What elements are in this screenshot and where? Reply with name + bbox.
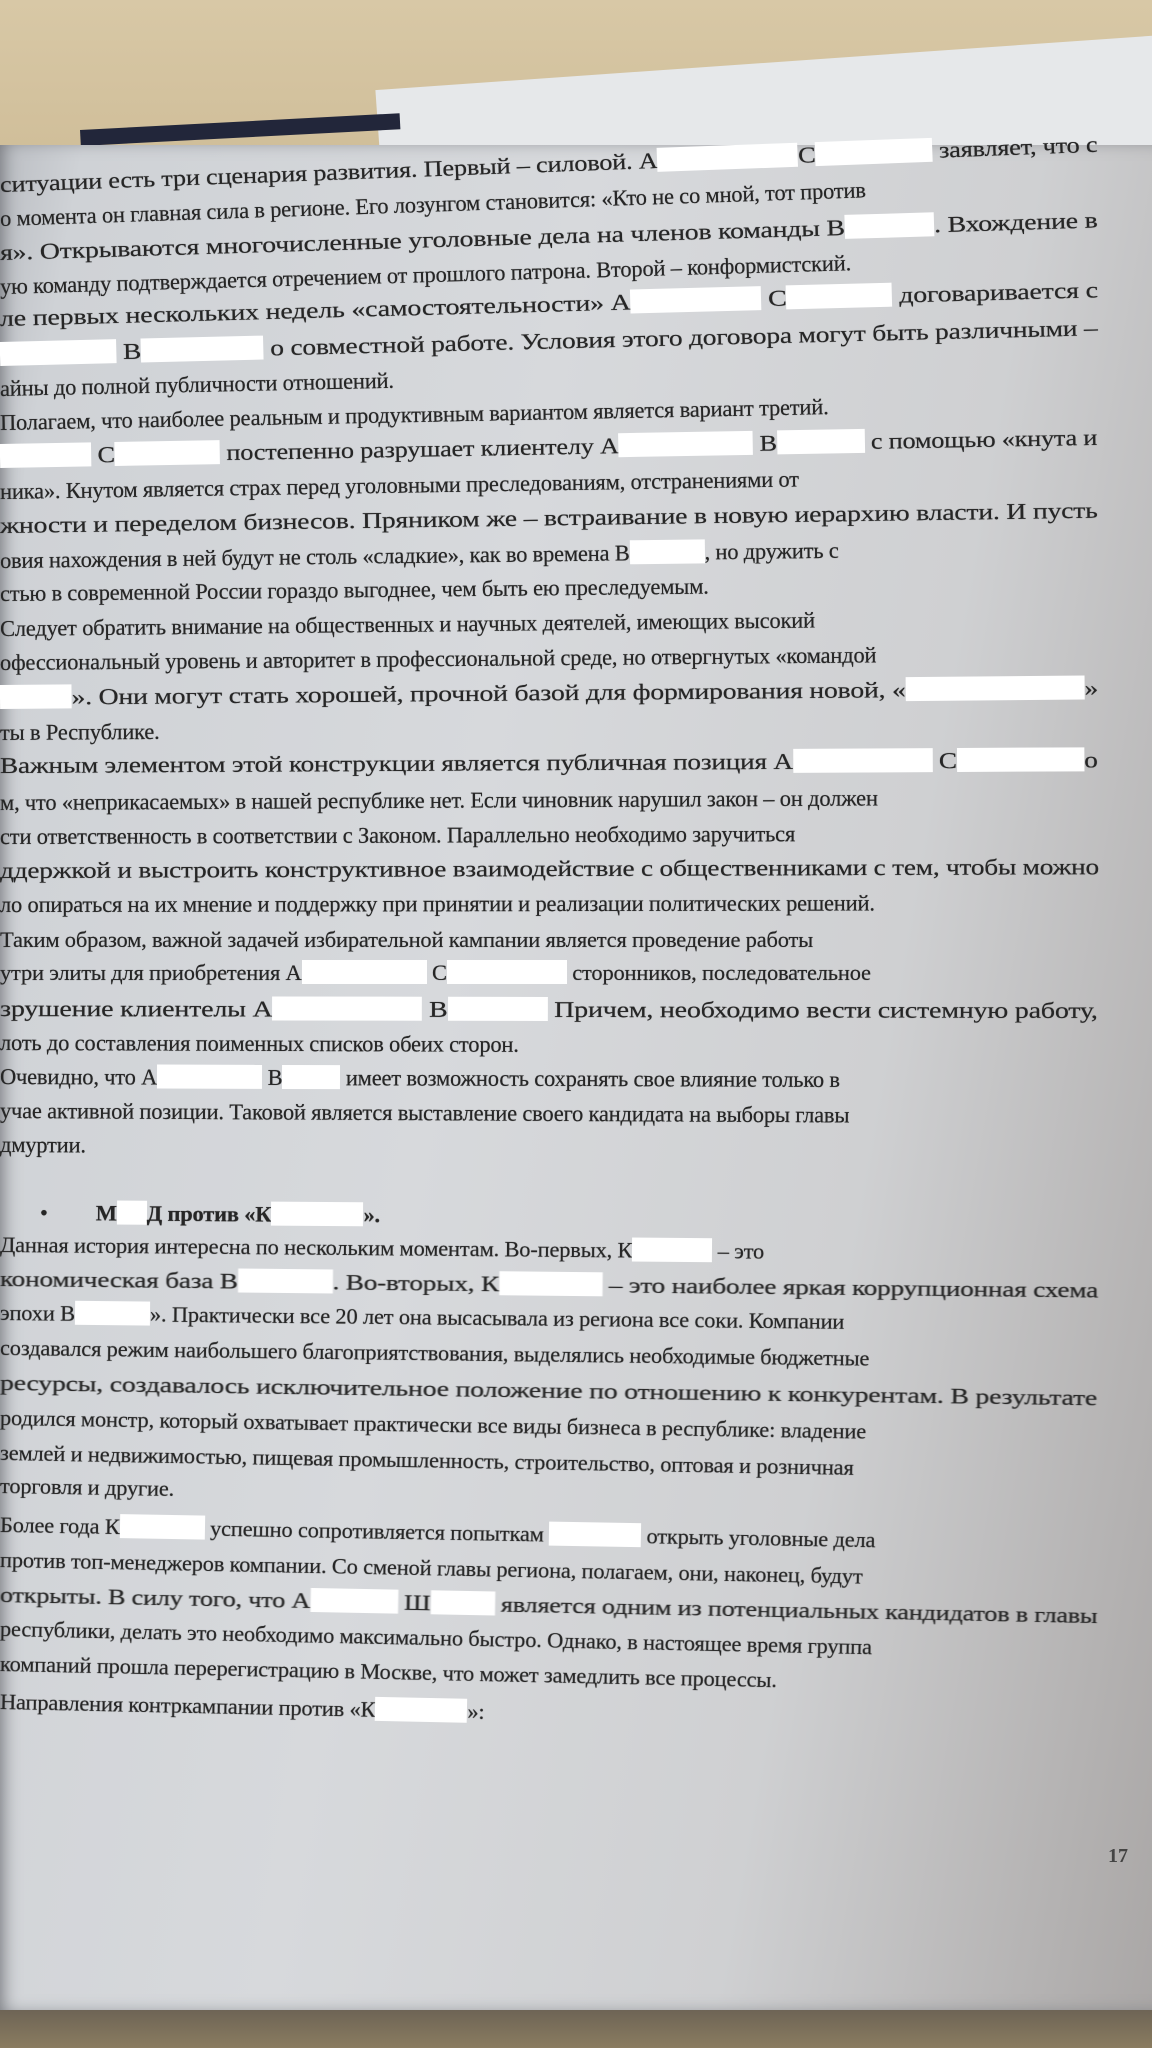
text-segment: В [422,997,447,1022]
text-segment: , но дружить с [704,538,838,565]
text-segment: кономическая база В [0,1266,238,1293]
redaction-box [238,1268,333,1293]
text-line: лоть до составления поименных списков об… [0,1030,519,1058]
text-segment: . Вхождение в [934,207,1098,237]
text-line: сти ответственность в соответствии с Зак… [0,821,795,850]
text-line: м, что «неприкасаемых» в нашей республик… [0,785,878,816]
text-segment: Данная история интересна по нескольким м… [0,1232,632,1263]
redaction-box [657,143,798,172]
redaction-box [0,684,72,709]
text-segment: лоть до составления поименных списков об… [0,1030,519,1057]
text-segment: – это [712,1238,764,1263]
redaction-box [310,1588,398,1614]
text-segment: С [798,142,816,168]
redaction-box [815,138,933,166]
redaction-box [499,1271,603,1296]
text-segment: открыты. В силу того, что А [0,1582,310,1613]
text-segment: С [427,960,447,985]
text-segment: Д против «К [147,1201,272,1227]
redaction-box [957,747,1084,772]
redaction-box [447,960,567,984]
text-segment: дмуртии. [0,1132,86,1157]
redaction-box [75,1301,150,1326]
redaction-box [793,748,933,773]
text-segment: Важным элементом этой конструкции являет… [0,749,793,778]
desk-surface-bottom [0,2005,1152,2048]
text-segment: ддержкой и выстроить конструктивное взаи… [0,854,1099,883]
text-segment: С [761,285,787,311]
text-line: ддержкой и выстроить конструктивное взаи… [0,854,1099,884]
text-segment: ты в Республике. [0,719,160,745]
text-segment: с помощью «кнута и [864,425,1097,454]
text-segment: договаривается с [892,277,1098,307]
redaction-box [632,1238,712,1263]
text-line: учае активной позиции. Таковой является … [0,1098,849,1128]
text-segment: М [96,1200,117,1225]
redaction-box [448,997,548,1021]
text-segment: утри элиты для приобретения А [0,960,302,985]
redaction-box [375,1697,467,1723]
text-segment: имеет возможность сохранять свое влияние… [340,1065,840,1092]
redaction-box [430,1590,495,1615]
text-segment: м, что «неприкасаемых» в нашей республик… [0,785,878,815]
redaction-box [273,996,423,1020]
text-line: •МД против «К». [40,1200,380,1228]
text-line: Таким образом, важной задачей избиратель… [0,927,813,953]
text-segment: В [262,1065,282,1090]
text-segment: о [1084,747,1098,772]
redaction-box [302,960,427,984]
page-number: 17 [1108,1845,1128,1868]
redaction-box [141,336,264,363]
text-line: утри элиты для приобретения А С сторонни… [0,960,871,986]
redaction-box [629,539,704,564]
text-segment: Более года К [0,1512,120,1539]
text-segment: Ш [397,1590,430,1616]
redaction-box [844,212,934,239]
redaction-box [786,283,893,310]
text-segment: открыть уголовные дела [641,1523,876,1552]
redaction-box [0,442,91,468]
text-line: зрушение клиентелы А В Причем, необходим… [0,996,1098,1024]
text-segment: В [116,339,141,365]
text-line: торговля и другие. [0,1473,174,1502]
redaction-box [119,1514,204,1539]
text-line: дмуртии. [0,1132,86,1158]
text-segment: Таким образом, важной задачей избиратель… [0,927,813,952]
redaction-box [630,286,761,313]
redaction-box [905,676,1084,702]
redaction-box [115,440,221,466]
text-line: ты в Республике. [0,719,160,746]
text-segment: ло опираться на их мнение и поддержку пр… [0,890,875,917]
text-line: Очевидно, что А В имеет возможность сохр… [0,1064,840,1093]
redaction-box [549,1522,641,1548]
redaction-box [157,1065,262,1089]
text-line: ло опираться на их мнение и поддержку пр… [0,890,875,918]
text-segment: С [932,748,957,773]
text-segment: торговля и другие. [0,1473,174,1501]
text-segment: зрушение клиентелы А [0,996,273,1021]
text-segment: С [91,442,115,467]
text-segment: эпохи В [0,1300,75,1326]
text-segment: сти ответственность в соответствии с Зак… [0,821,795,849]
redaction-box [0,339,117,366]
redaction-box [777,429,865,455]
redaction-box [117,1201,147,1225]
redaction-box [282,1065,340,1089]
text-segment: учае активной позиции. Таковой является … [0,1098,849,1127]
text-segment: ». [363,1202,380,1227]
text-segment: » [1084,675,1098,700]
text-segment: . Во-вторых, К [332,1269,499,1296]
text-segment: В [753,430,777,455]
bullet-icon: • [40,1200,48,1226]
text-segment: »: [467,1699,485,1724]
redaction-box [619,431,754,457]
redaction-box [271,1202,363,1227]
text-segment: Причем, необходимо вести системную работ… [547,997,1097,1023]
text-segment: – это наиболее яркая коррупционная схема [602,1272,1098,1302]
text-segment: Очевидно, что А [0,1064,157,1090]
text-segment: заявляет, что с [932,132,1098,163]
text-segment: успешно сопротивляется попыткам [204,1516,549,1547]
text-segment: сторонников, последовательное [567,960,871,985]
